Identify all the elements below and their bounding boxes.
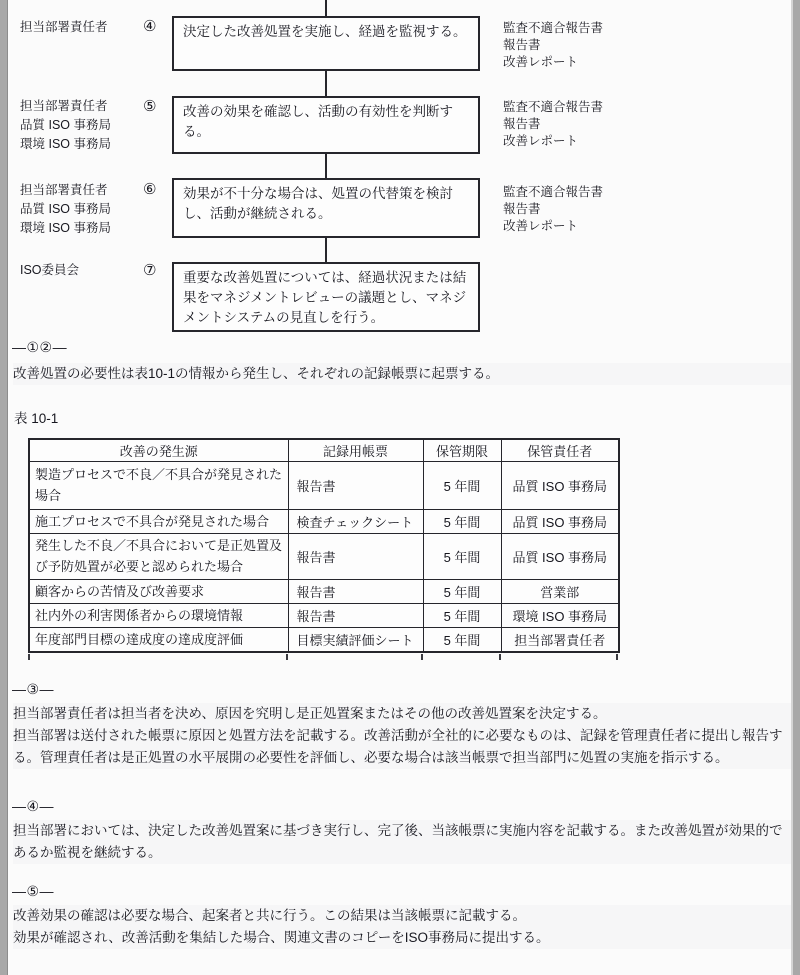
actor-label: 担当部署責任者: [20, 97, 111, 116]
scan-edge-left: [0, 0, 8, 975]
document-label: 報告書: [503, 201, 603, 218]
flow-connector-line: [325, 71, 327, 97]
step5-text: 改善の効果を確認し、活動の有効性を判断する。: [183, 104, 453, 139]
step6-documents: 監査不適合報告書 報告書 改善レポート: [503, 184, 603, 235]
step6-process-box: 効果が不十分な場合は、処置の代替策を検討し、活動が継続される。: [172, 178, 480, 238]
table-header-row: 改善の発生源 記録用帳票 保管期限 保管責任者: [29, 439, 619, 461]
document-label: 監査不適合報告書: [503, 184, 603, 201]
flow-connector-line: [325, 154, 327, 179]
col-header: 記録用帳票: [288, 439, 423, 461]
step6-text: 効果が不十分な場合は、処置の代替策を検討し、活動が継続される。: [183, 186, 453, 221]
step6-number: ⑥: [143, 182, 156, 198]
section-4-marker: ―④―: [12, 798, 54, 815]
document-label: 監査不適合報告書: [503, 20, 603, 37]
scan-edge-right: [791, 0, 800, 975]
table-border-stub: [616, 654, 618, 660]
step4-actors: 担当部署責任者: [20, 18, 108, 37]
step7-number: ⑦: [143, 263, 156, 279]
table-row: 発生した不良／不具合において是正処置及び予防処置が必要と認められた場合 報告書 …: [29, 533, 619, 579]
step7-text: 重要な改善処置については、経過状況または結果をマネジメントレビューの議題とし、マ…: [183, 270, 466, 325]
step5-documents: 監査不適合報告書 報告書 改善レポート: [503, 99, 603, 150]
step4-number: ④: [143, 19, 156, 35]
step7-process-box: 重要な改善処置については、経過状況または結果をマネジメントレビューの議題とし、マ…: [172, 262, 480, 332]
table-row: 施工プロセスで不具合が発見された場合 検査チェックシート 5 年間 品質 ISO…: [29, 509, 619, 533]
section-12-paragraph: 改善処置の必要性は表10-1の情報から発生し、それぞれの記録帳票に起票する。: [13, 363, 791, 385]
table-row: 年度部門目標の達成度の達成度評価 目標実績評価シート 5 年間 担当部署責任者: [29, 627, 619, 652]
section-3-marker: ―③―: [12, 681, 54, 698]
step5-process-box: 改善の効果を確認し、活動の有効性を判断する。: [172, 96, 480, 154]
section-5-paragraph: 効果が確認され、改善活動を集結した場合、関連文書のコピーをISO事務局に提出する…: [13, 927, 791, 949]
step5-actors: 担当部署責任者 品質 ISO 事務局 環境 ISO 事務局: [20, 97, 111, 154]
actor-label: 品質 ISO 事務局: [20, 200, 111, 219]
flow-connector-line: [325, 238, 327, 263]
table-border-stub: [28, 654, 30, 660]
document-label: 改善レポート: [503, 133, 603, 150]
step4-process-box: 決定した改善処置を実施し、経過を監視する。: [172, 16, 480, 71]
document-label: 報告書: [503, 116, 603, 133]
document-label: 改善レポート: [503, 54, 603, 71]
document-label: 監査不適合報告書: [503, 99, 603, 116]
actor-label: 担当部署責任者: [20, 18, 108, 37]
section-5-marker: ―⑤―: [12, 883, 54, 900]
actor-label: 品質 ISO 事務局: [20, 116, 111, 135]
table-row: 製造プロセスで不良／不具合が発見された場合 報告書 5 年間 品質 ISO 事務…: [29, 461, 619, 509]
table-title: 表 10-1: [14, 407, 58, 427]
table-row: 社内外の利害関係者からの環境情報 報告書 5 年間 環境 ISO 事務局: [29, 603, 619, 627]
step4-documents: 監査不適合報告書 報告書 改善レポート: [503, 20, 603, 71]
actor-label: ISO委員会: [20, 261, 79, 280]
table-border-stub: [421, 654, 423, 660]
actor-label: 担当部署責任者: [20, 181, 111, 200]
step4-text: 決定した改善処置を実施し、経過を監視する。: [183, 24, 467, 39]
col-header: 保管期限: [423, 439, 501, 461]
step6-actors: 担当部署責任者 品質 ISO 事務局 環境 ISO 事務局: [20, 181, 111, 238]
table-border-stub: [286, 654, 288, 660]
section-3-paragraph: 担当部署責任者は担当者を決め、原因を究明し是正処置案またはその他の改善処置案を決…: [13, 703, 791, 725]
step7-actors: ISO委員会: [20, 261, 79, 280]
step5-number: ⑤: [143, 99, 156, 115]
section-3-paragraph: 担当部署は送付された帳票に原因と処置方法を記載する。改善活動が全社的に必要なもの…: [13, 725, 791, 769]
document-label: 改善レポート: [503, 218, 603, 235]
document-label: 報告書: [503, 37, 603, 54]
actor-label: 環境 ISO 事務局: [20, 135, 111, 154]
table-row: 顧客からの苦情及び改善要求 報告書 5 年間 営業部: [29, 579, 619, 603]
section-12-marker: ―①②―: [12, 339, 67, 356]
flow-connector-line: [325, 0, 327, 16]
table-border-stub: [499, 654, 501, 660]
section-5-paragraph: 改善効果の確認は必要な場合、起案者と共に行う。この結果は当該帳票に記載する。: [13, 905, 791, 927]
actor-label: 環境 ISO 事務局: [20, 219, 111, 238]
col-header: 保管責任者: [501, 439, 619, 461]
document-page: 担当部署責任者 ④ 決定した改善処置を実施し、経過を監視する。 監査不適合報告書…: [0, 0, 800, 975]
col-header: 改善の発生源: [29, 439, 288, 461]
table-10-1: 改善の発生源 記録用帳票 保管期限 保管責任者 製造プロセスで不良／不具合が発見…: [28, 438, 620, 653]
section-4-paragraph: 担当部署においては、決定した改善処置案に基づき実行し、完了後、当該帳票に実施内容…: [13, 820, 791, 864]
